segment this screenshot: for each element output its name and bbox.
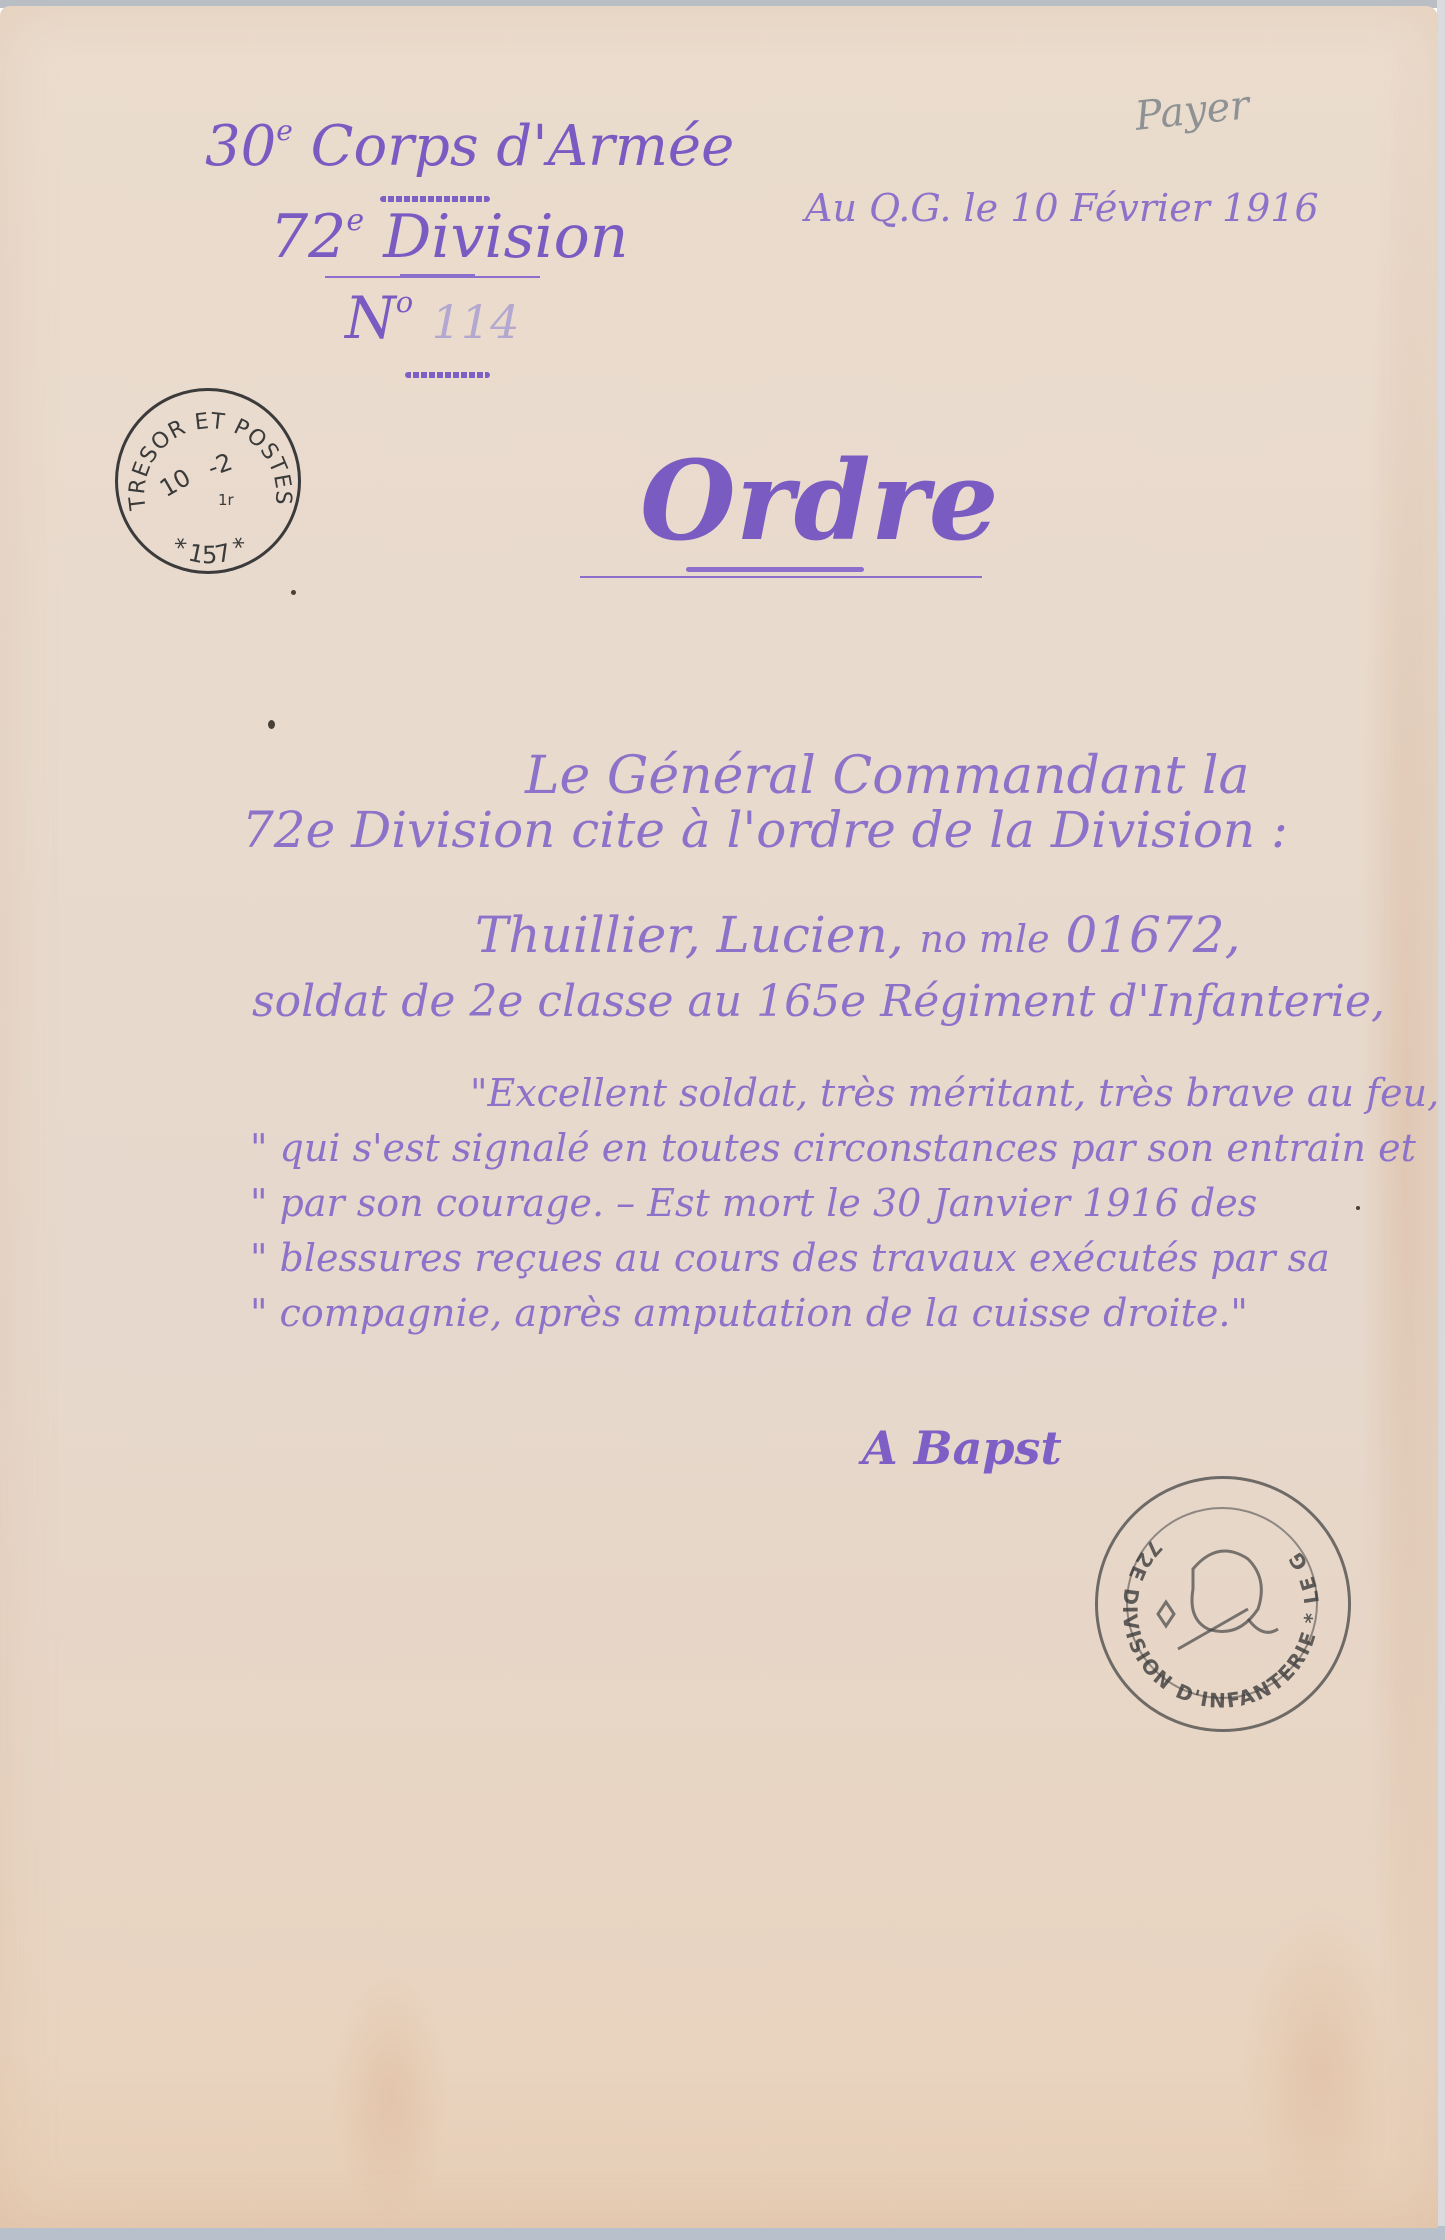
body-line-2: 72e Division cite à l'ordre de la Divisi… [242, 801, 1288, 859]
corps-heading: 30e Corps d'Armée [205, 114, 734, 179]
division-rule-accent [400, 274, 475, 278]
order-number: No 114 [345, 284, 519, 352]
serial-number: 01672, [1066, 906, 1241, 964]
postal-stamp-ring-text: TRESOR ET POSTES * 157 * [118, 391, 298, 571]
division-number: 72 [270, 202, 346, 272]
gallic-rooster-emblem-icon [1158, 1551, 1278, 1649]
division-suffix: e [346, 203, 364, 238]
corps-label: Corps d'Armée [311, 114, 735, 179]
document-title: Ordre [640, 436, 999, 565]
citation-line-2: " qui s'est signalé en toutes circonstan… [250, 1126, 1416, 1170]
corps-number: 30 [205, 114, 276, 179]
citation-line-4: " blessures reçues au cours des travaux … [250, 1236, 1330, 1280]
division-heading: 72e Division [270, 202, 628, 272]
title-rule [580, 576, 982, 578]
rank-line: soldat de 2e classe au 165e Régiment d'I… [252, 976, 1385, 1027]
serial-label: no mle [920, 917, 1050, 961]
svg-text:72E DIVISION D'INFANTERIE *: 72E DIVISION D'INFANTERIE * LE GÉNÉRAL [1098, 1479, 1324, 1713]
postal-stamp-extra: 1r [218, 491, 234, 509]
corps-suffix: e [276, 114, 293, 147]
svg-text:* 157 *: * 157 * [166, 531, 253, 569]
pencil-annotation: Payer [1133, 82, 1252, 140]
citation-line-3: " par son courage. – Est mort le 30 Janv… [250, 1181, 1257, 1225]
division-label: Division [383, 202, 628, 272]
citation-line-5: " compagnie, après amputation de la cuis… [250, 1291, 1248, 1335]
citation-line-1: "Excellent soldat, très méritant, très b… [470, 1071, 1439, 1115]
signature: A Bapst [862, 1421, 1062, 1475]
ink-speck [291, 590, 296, 595]
ink-speck [1356, 1206, 1360, 1210]
postal-stamp: TRESOR ET POSTES * 157 * 10 -2 1r [115, 388, 301, 574]
date-line: Au Q.G. le 10 Février 1916 [805, 186, 1319, 230]
soldier-name: Thuillier, Lucien, [475, 906, 904, 964]
paper-stain [330, 1966, 450, 2226]
soldier-line: Thuillier, Lucien, no mle 01672, [475, 906, 1240, 964]
division-stamp: 72E DIVISION D'INFANTERIE * LE GÉNÉRAL [1095, 1476, 1351, 1732]
document-page: 30e Corps d'Armée 72e Division No 114 Pa… [0, 6, 1438, 2228]
ink-speck [268, 720, 275, 729]
division-stamp-ring-text: 72E DIVISION D'INFANTERIE * LE GÉNÉRAL [1098, 1479, 1348, 1729]
number-prefix: N [345, 284, 396, 352]
number-prefix-suffix: o [396, 285, 413, 319]
scan-background-bottom [0, 2226, 1445, 2240]
number-underline [405, 372, 490, 378]
body-line-1: Le Général Commandant la [525, 746, 1249, 806]
title-underline-accent [686, 567, 864, 572]
order-number-value: 114 [432, 295, 520, 349]
